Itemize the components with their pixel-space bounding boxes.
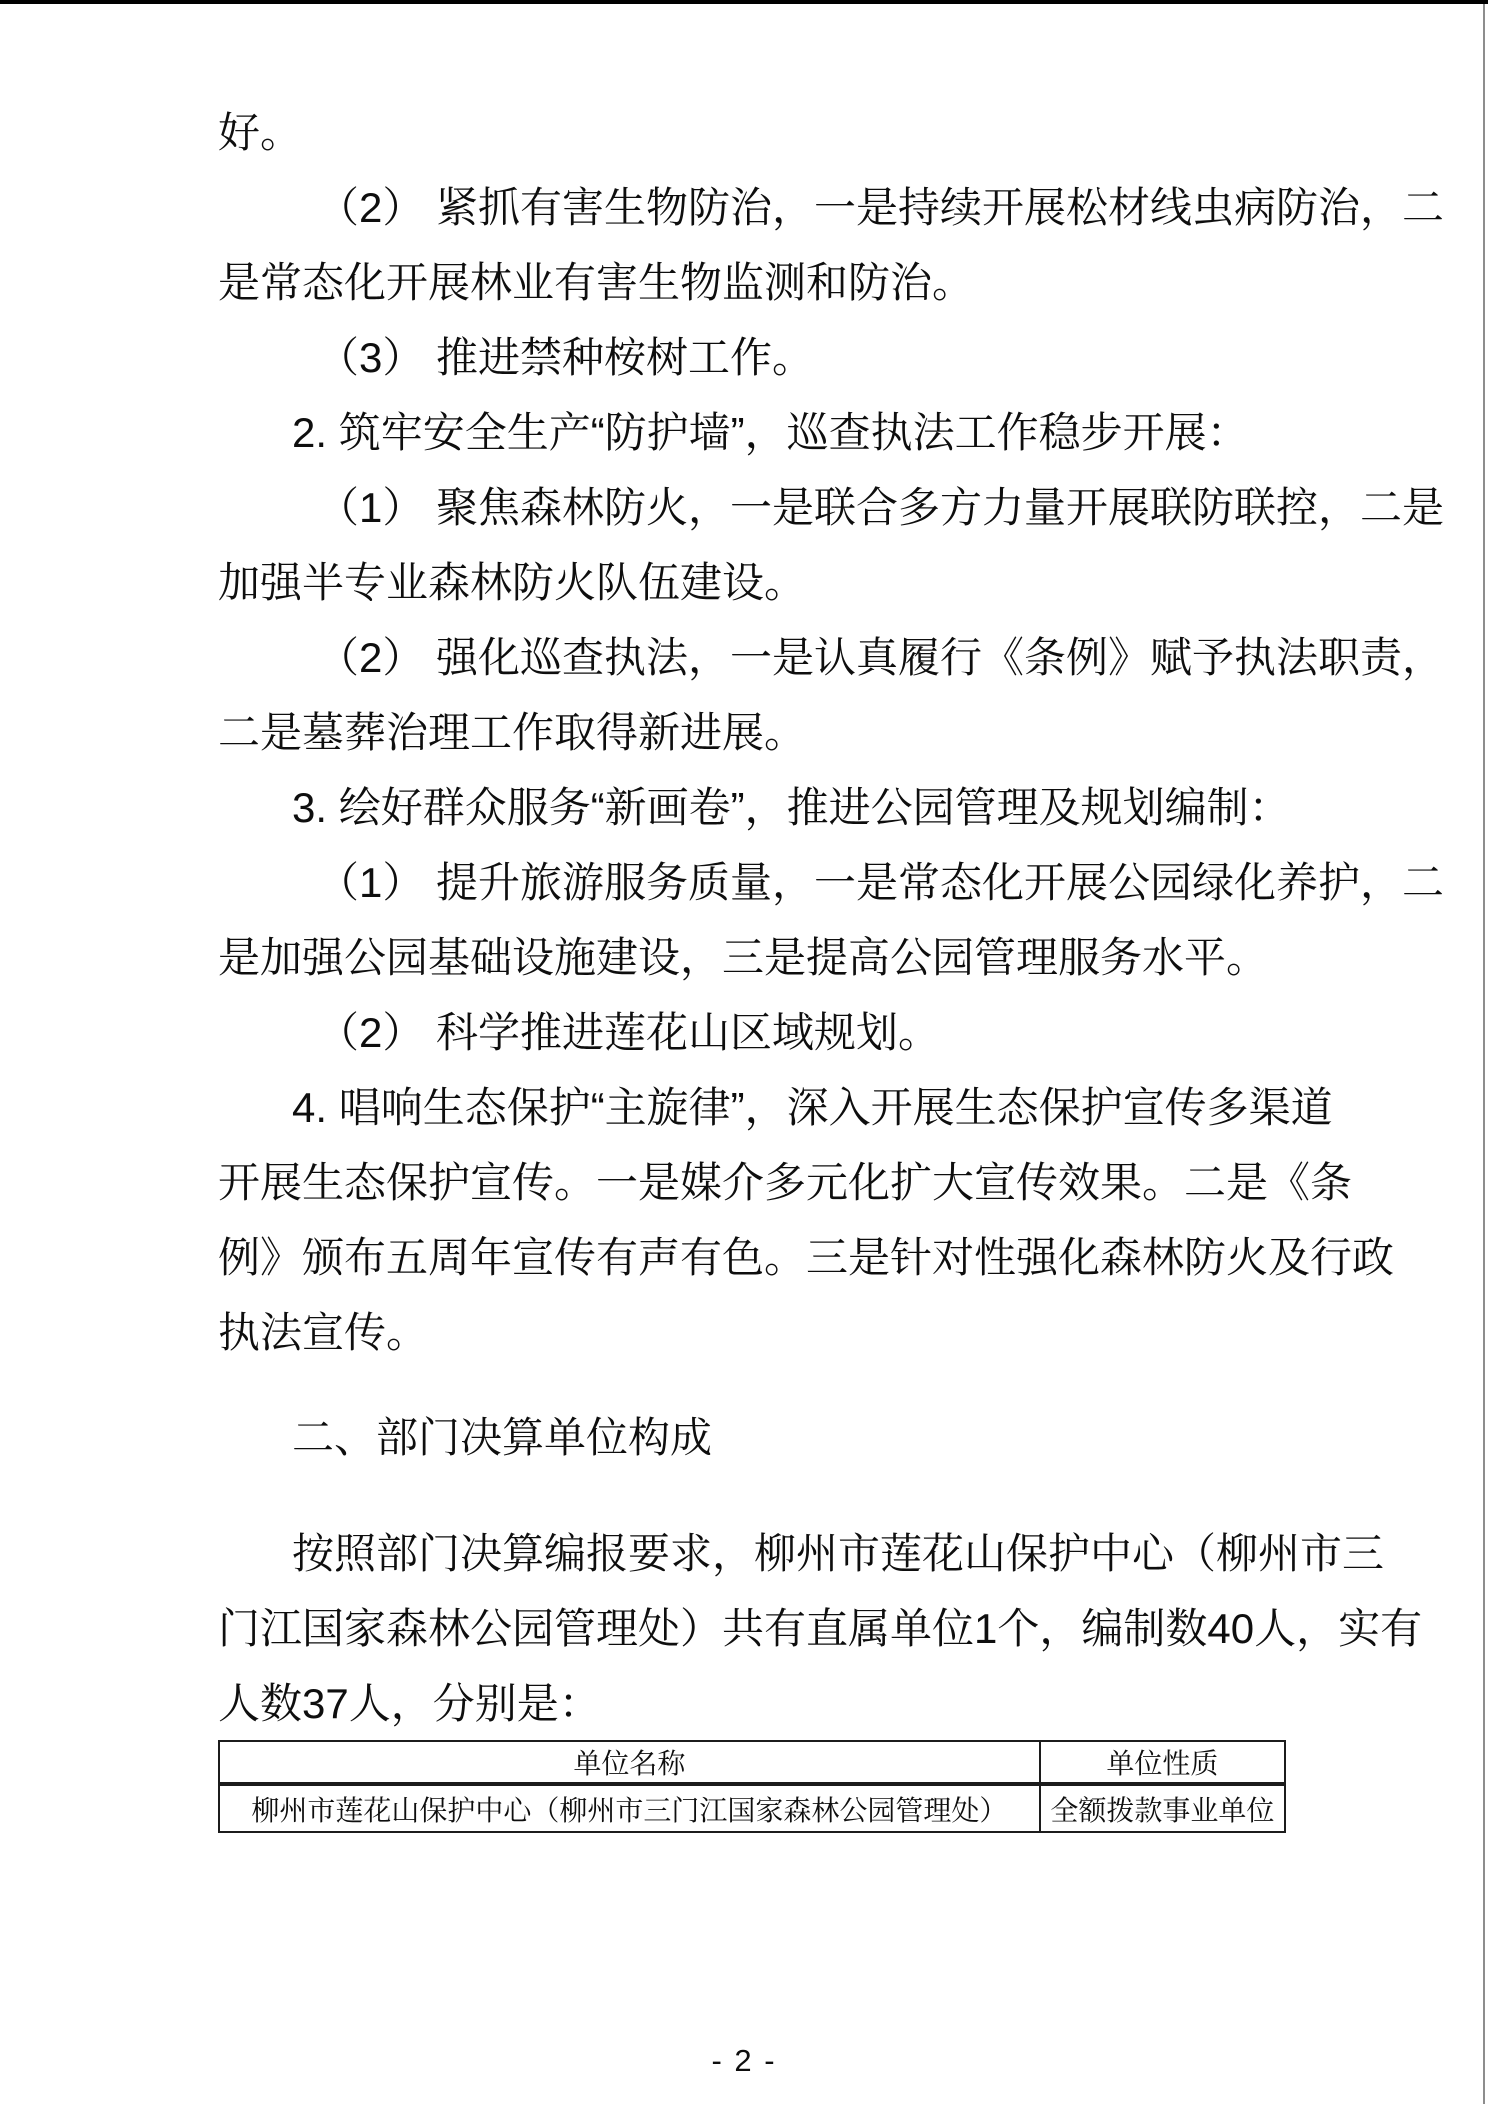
unit-table-header-row: 单位名称 单位性质	[219, 1741, 1285, 1784]
body-line: 人数37人，分别是：	[218, 1666, 1336, 1741]
body-line: 执法宣传。	[218, 1295, 1336, 1370]
section-heading: 二、部门决算单位构成	[292, 1400, 712, 1475]
table-row: 柳州市莲花山保护中心（柳州市三门江国家森林公园管理处） 全额拨款事业单位	[219, 1784, 1285, 1832]
unit-type-header: 单位性质	[1040, 1741, 1285, 1784]
body-line: 是加强公园基础设施建设，三是提高公园管理服务水平。	[218, 920, 1336, 995]
body-line: 3. 绘好群众服务“新画卷”，推进公园管理及规划编制：	[218, 770, 1336, 845]
body-line: 二是墓葬治理工作取得新进展。	[218, 695, 1336, 770]
body-line: 加强半专业森林防火队伍建设。	[218, 545, 1336, 620]
page-number: - 2 -	[0, 2044, 1488, 2078]
unit-name-header: 单位名称	[219, 1741, 1040, 1784]
body-line: 开展生态保护宣传。一是媒介多元化扩大宣传效果。二是《条	[218, 1145, 1336, 1220]
unit-type-cell: 全额拨款事业单位	[1040, 1784, 1285, 1832]
body-line: 是常态化开展林业有害生物监测和防治。	[218, 245, 1336, 320]
composition-paragraph: 按照部门决算编报要求，柳州市莲花山保护中心（柳州市三 门江国家森林公园管理处）共…	[218, 1516, 1336, 1741]
document-body-text: 好。 （2） 紧抓有害生物防治，一是持续开展松材线虫病防治，二 是常态化开展林业…	[218, 95, 1336, 1370]
top-border-bar	[0, 0, 1488, 4]
unit-name-cell: 柳州市莲花山保护中心（柳州市三门江国家森林公园管理处）	[219, 1784, 1040, 1832]
document-page: { "colors": { "text-color": "#0e0e0e", "…	[0, 0, 1488, 2104]
page-right-edge-line	[1483, 4, 1485, 2104]
body-line: 按照部门决算编报要求，柳州市莲花山保护中心（柳州市三	[218, 1516, 1336, 1591]
unit-table: 单位名称 单位性质 柳州市莲花山保护中心（柳州市三门江国家森林公园管理处） 全额…	[218, 1740, 1286, 1833]
body-line: （2） 紧抓有害生物防治，一是持续开展松材线虫病防治，二	[218, 170, 1336, 245]
body-line: （1） 聚焦森林防火，一是联合多方力量开展联防联控，二是	[218, 470, 1336, 545]
body-line: （1） 提升旅游服务质量，一是常态化开展公园绿化养护，二	[218, 845, 1336, 920]
body-line: 好。	[218, 95, 1336, 170]
body-line: 2. 筑牢安全生产“防护墙”，巡查执法工作稳步开展：	[218, 395, 1336, 470]
body-line: 门江国家森林公园管理处）共有直属单位1个，编制数40人，实有	[218, 1591, 1336, 1666]
body-line: 例》颁布五周年宣传有声有色。三是针对性强化森林防火及行政	[218, 1220, 1336, 1295]
body-line: （2） 强化巡查执法，一是认真履行《条例》赋予执法职责，	[218, 620, 1336, 695]
body-line: （2） 科学推进莲花山区域规划。	[218, 995, 1336, 1070]
body-line: 4. 唱响生态保护“主旋律”，深入开展生态保护宣传多渠道	[218, 1070, 1336, 1145]
body-line: （3） 推进禁种桉树工作。	[218, 320, 1336, 395]
